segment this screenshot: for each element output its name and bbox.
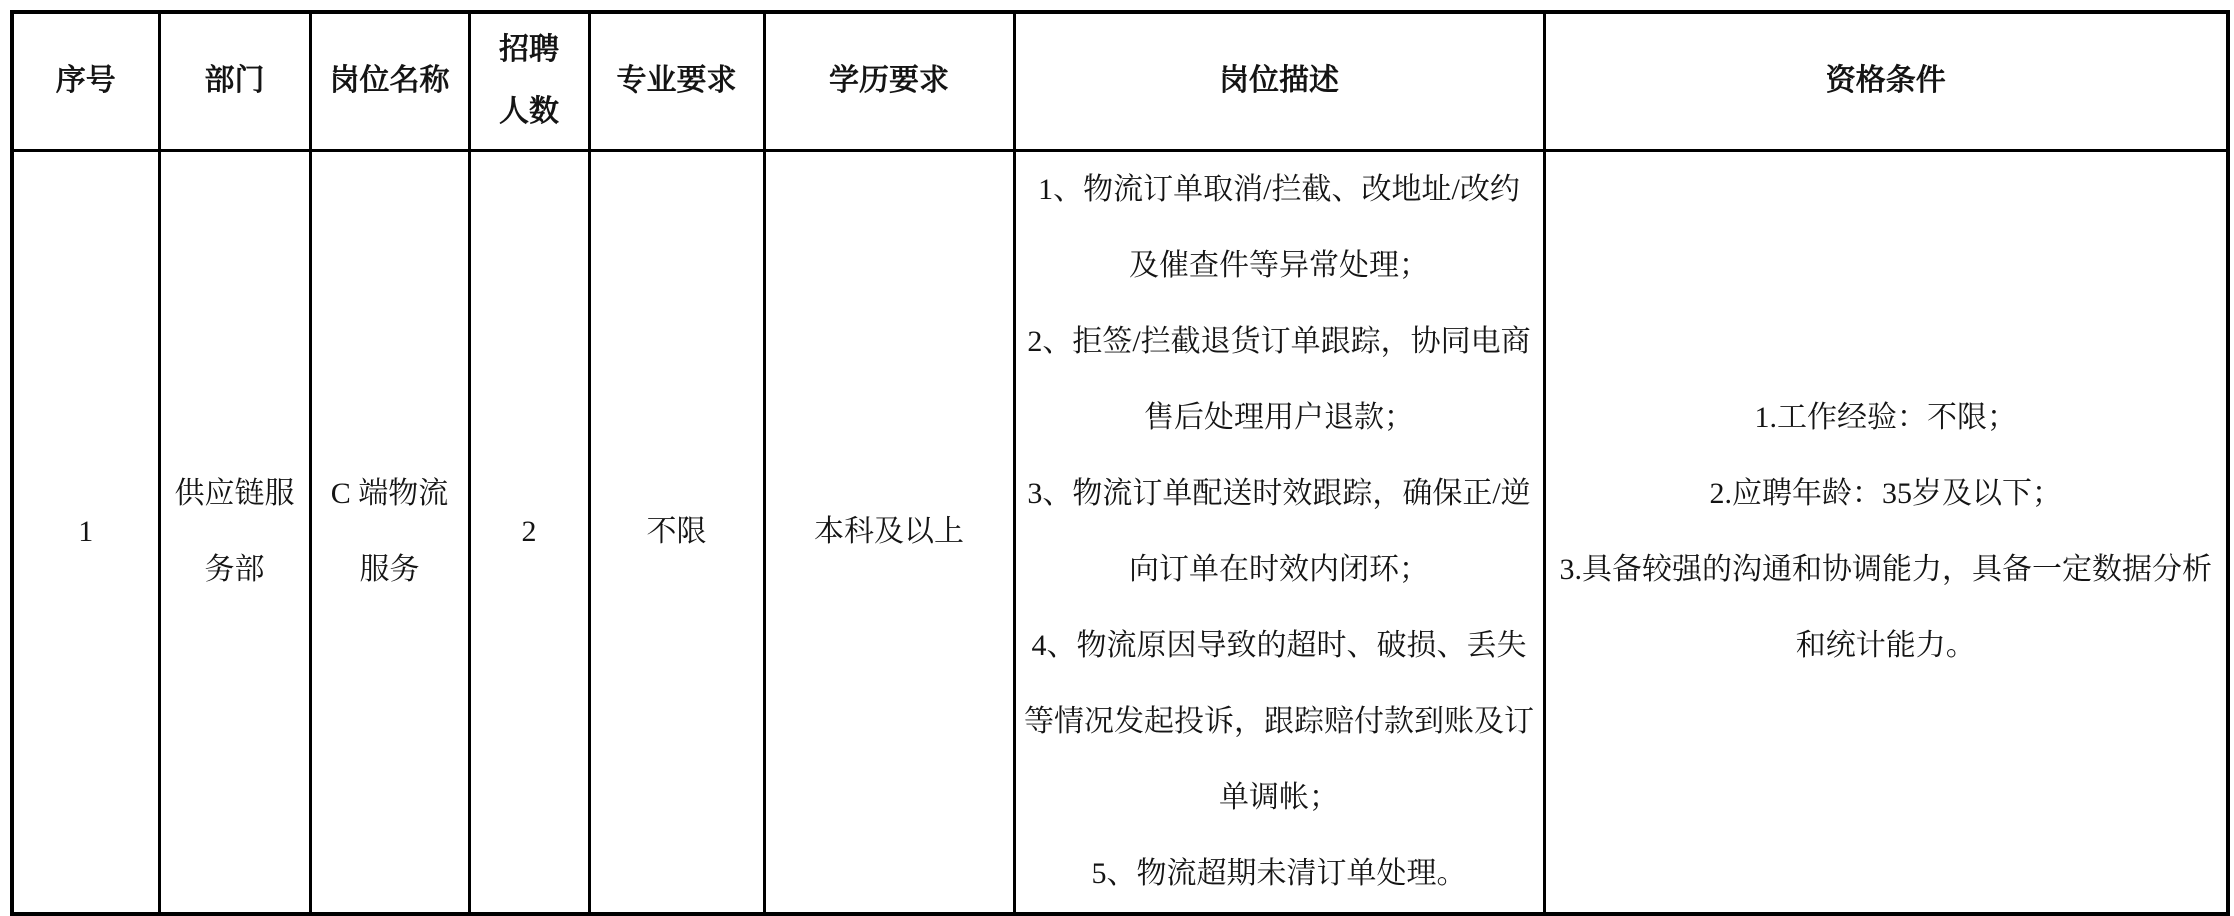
- header-major: 专业要求: [589, 12, 764, 150]
- header-description: 岗位描述: [1014, 12, 1544, 150]
- table-row: 1 供应链服 务部 C 端物流 服务 2 不限 本科及以上 1、物流订单取消/拦…: [12, 150, 2228, 861]
- cell-qualifications: 1.工作经验：不限； 2.应聘年龄：35岁及以下； 3.具备较强的沟通和协调能力…: [1544, 150, 2228, 861]
- cell-department: 供应链服 务部: [159, 150, 310, 861]
- cell-position: C 端物流 服务: [310, 150, 469, 861]
- recruitment-table: 序号 部门 岗位名称 招聘 人数 专业要求 学历要求 岗位描述 资格条件 1 供…: [10, 10, 2230, 861]
- cell-education: 本科及以上: [764, 150, 1014, 861]
- cell-description: 1、物流订单取消/拦截、改地址/改约 及催查件等异常处理； 2、拒签/拦截退货订…: [1014, 150, 1544, 861]
- cell-seq: 1: [12, 150, 159, 861]
- header-qualifications: 资格条件: [1544, 12, 2228, 150]
- header-headcount: 招聘 人数: [469, 12, 589, 150]
- document-page: 序号 部门 岗位名称 招聘 人数 专业要求 学历要求 岗位描述 资格条件 1 供…: [10, 10, 2230, 861]
- header-seq: 序号: [12, 12, 159, 150]
- table-header-row: 序号 部门 岗位名称 招聘 人数 专业要求 学历要求 岗位描述 资格条件: [12, 12, 2228, 150]
- header-education: 学历要求: [764, 12, 1014, 150]
- cell-headcount: 2: [469, 150, 589, 861]
- header-department: 部门: [159, 12, 310, 150]
- header-position: 岗位名称: [310, 12, 469, 150]
- cell-major: 不限: [589, 150, 764, 861]
